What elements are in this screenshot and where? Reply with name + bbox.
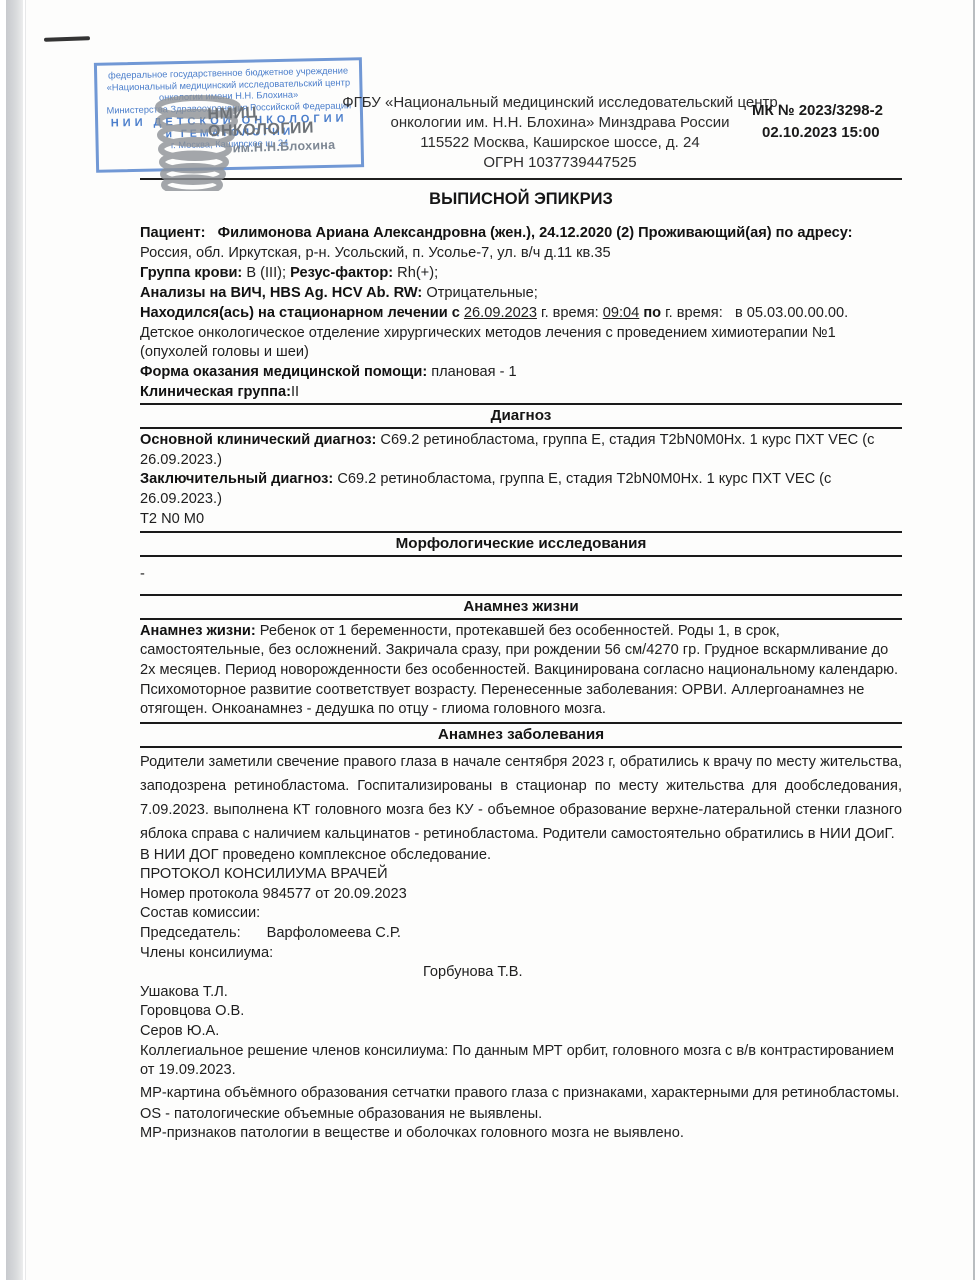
- main-diagnosis: Основной клинический диагноз: C69.2 рети…: [140, 431, 902, 470]
- nmic-overlay-logo: НМИЦ ОНКОЛОГИИ им.Н.Н.Блохина: [207, 102, 336, 158]
- protocol-number: Номер протокола 984577 от 20.09.2023: [140, 885, 902, 905]
- final-diagnosis: Заключительный диагноз: C69.2 ретиноблас…: [140, 470, 902, 509]
- document-header: федеральное государственное бюджетное уч…: [140, 0, 902, 180]
- section-header-disease-history: Анамнез заболевания: [140, 722, 902, 748]
- life-history-block: Анамнез жизни: Ребенок от 1 беременности…: [140, 620, 902, 722]
- organization-line: онкологии им. Н.Н. Блохина» Минздрава Ро…: [340, 113, 780, 133]
- commission-member: Горовцова О.В.: [140, 1002, 902, 1022]
- mr-finding: МР-признаков патологии в веществе и обол…: [140, 1124, 902, 1144]
- tnm-stage: T2 N0 M0: [140, 510, 902, 530]
- document-title: ВЫПИСНОЙ ЭПИКРИЗ: [140, 190, 902, 209]
- os-finding: OS - патологические объемные образования…: [140, 1105, 902, 1125]
- commission-label: Состав комиссии:: [140, 904, 902, 924]
- scanner-edge-strip: [6, 0, 23, 1280]
- diagnosis-block: Основной клинический диагноз: C69.2 рети…: [140, 429, 902, 531]
- stay-line: Находился(ась) на стационарном лечении с…: [140, 304, 902, 324]
- organization-block: ФГБУ «Национальный медицинский исследова…: [340, 93, 780, 173]
- record-number: МК № 2023/3298-2: [752, 100, 922, 122]
- chairman-line: Председатель:Варфоломеева С.Р.: [140, 924, 902, 944]
- page-right-edge: [973, 0, 975, 1280]
- blood-line: Группа крови: B (III); Резус-фактор: Rh(…: [140, 264, 902, 284]
- morphology-block: -: [140, 557, 902, 594]
- overlay-logo-line: им.Н.Н.Блохина: [232, 137, 335, 158]
- protocol-title: ПРОТОКОЛ КОНСИЛИУМА ВРАЧЕЙ: [140, 865, 902, 885]
- mr-picture: МР-картина объёмного образования сетчатк…: [140, 1081, 902, 1105]
- organization-line: ОГРН 1037739447525: [340, 153, 780, 173]
- life-history-text: Анамнез жизни: Ребенок от 1 беременности…: [140, 622, 902, 720]
- patient-info: Пациент: Филимонова Ариана Александровна…: [140, 224, 902, 403]
- document-content: федеральное государственное бюджетное уч…: [140, 0, 902, 1146]
- commission-member: Серов Ю.А.: [140, 1022, 902, 1042]
- section-header-morphology: Морфологические исследования: [140, 531, 902, 557]
- section-header-life-history: Анамнез жизни: [140, 594, 902, 620]
- morphology-content: -: [140, 565, 902, 585]
- disease-history-block: Родители заметили свечение правого глаза…: [140, 748, 902, 1146]
- section-header-diagnosis: Диагноз: [140, 403, 902, 429]
- collegial-decision: Коллегиальное решение членов консилиума:…: [140, 1042, 902, 1081]
- members-label: Члены консилиума:: [140, 944, 902, 964]
- commission-member: Ушакова Т.Л.: [140, 983, 902, 1003]
- exam-line: В НИИ ДОГ проведено комплексное обследов…: [140, 846, 902, 866]
- organization-line: 115522 Москва, Каширское шоссе, д. 24: [340, 133, 780, 153]
- commission-member: Горбунова Т.В.: [140, 963, 902, 983]
- care-form-line: Форма оказания медицинской помощи: плано…: [140, 363, 902, 383]
- record-meta: МК № 2023/3298-2 02.10.2023 15:00: [752, 100, 922, 144]
- record-datetime: 02.10.2023 15:00: [762, 122, 922, 144]
- department-line: Детское онкологическое отделение хирурги…: [140, 324, 902, 364]
- patient-line: Пациент: Филимонова Ариана Александровна…: [140, 224, 902, 264]
- tests-line: Анализы на ВИЧ, HBS Ag. HCV Ab. RW: Отри…: [140, 284, 902, 304]
- disease-history-paragraph: Родители заметили свечение правого глаза…: [140, 750, 902, 846]
- clinical-group-line: Клиническая группа:II: [140, 383, 902, 403]
- organization-line: ФГБУ «Национальный медицинский исследова…: [340, 93, 780, 113]
